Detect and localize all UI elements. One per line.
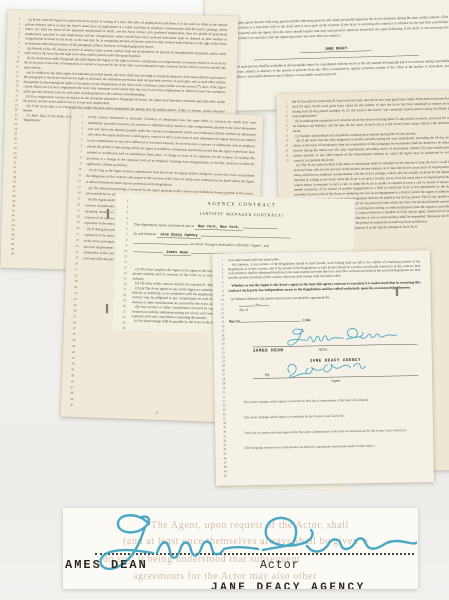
line-numbers: 1 2 3 4 5 6 7 8 9 10 11 12 13 14 15 16 1…	[6, 17, 21, 257]
actor-typed-name-closeup: AMES DEAN	[65, 558, 148, 572]
supervisor-name: JANE DEACY	[301, 46, 372, 53]
ghost-bleedthrough-text: (and at least once themselves always sha…	[123, 536, 369, 547]
paragraph-8: (8) The Agent agrees that the following …	[222, 15, 448, 42]
agent-clause: , an artists' manager, hereinafter calle…	[188, 242, 269, 248]
scanned-contract-photo: 1 2 3 4 5 6 7 8 9 10 11 12 13 (8) The Ag…	[0, 0, 449, 600]
year-prefix: , 19	[300, 319, 305, 323]
blank-rule	[133, 247, 163, 253]
month-typed-fill: March	[229, 320, 240, 324]
witness-text: In Witness Whereof, the parties hereto h…	[229, 296, 330, 301]
date-line: March, 19 54.	[229, 315, 421, 324]
agency-typed-name-clipped: JANE DEACY AGENCY	[211, 582, 366, 589]
line-numbers: 1 2 3 4 5 6 7 8 9 10 11 12 13 14 15 16 1…	[216, 259, 227, 479]
severability-text: wise shall remain valid and enforceable.…	[228, 255, 420, 280]
footnote-california: (The foregoing references to California …	[244, 443, 416, 450]
staple-icon	[107, 209, 109, 218]
blank-rule	[201, 231, 291, 239]
contract-title: AGENCY CONTRACT	[134, 200, 349, 210]
actor-typed-fill: James Dean	[163, 250, 191, 256]
actor-typed-name: JAMES DEAN	[253, 348, 284, 354]
signature-dotted-rule	[95, 553, 414, 555]
contract-subtitle: (ARTISTS' MANAGER CONTRACT)	[134, 210, 349, 220]
ghost-bleedthrough-text: The Agent, upon request of the Actor, sh…	[151, 520, 349, 531]
day-of-label: day of	[239, 308, 248, 312]
footnotes: This artists' manager and/or agency is l…	[243, 389, 416, 461]
blank-rule	[243, 223, 278, 229]
document-page-signatures: 1 2 3 4 5 6 7 8 9 10 11 12 13 14 15 16 1…	[212, 250, 434, 486]
blank-rule	[133, 238, 188, 245]
year-typed-fill: 54.	[306, 319, 312, 323]
supervisor-name-line: JANE DEACY	[223, 40, 449, 55]
signature-closeup-crop: The Agent, upon request of the Actor, sh…	[63, 508, 418, 589]
agent-signature-rule: By	[253, 362, 418, 378]
between-label: by and between	[134, 232, 157, 237]
in-witness-whereof-line: In Witness Whereof, the parties hereto h…	[229, 294, 421, 313]
intro-label: This Agreement, made and entered into at	[134, 223, 194, 228]
staple-icon	[396, 287, 398, 296]
actor-label-closeup: Actor	[260, 559, 300, 572]
footnote-approved: This form of contract has been approved …	[244, 428, 416, 435]
by-label: By	[265, 372, 270, 377]
blank-rule	[260, 301, 269, 306]
actor-label: Actor	[318, 347, 327, 352]
footnote-licensed: This artists' manager and/or agency is l…	[244, 398, 416, 405]
agency-typed-fill: Jane Deacy Agency	[157, 233, 201, 239]
paragraph-consultation: One (1) of such persons shall be availab…	[223, 59, 449, 81]
blank-rule	[240, 317, 300, 323]
ghost-bleedthrough-text: agreements for the Actor may also other	[133, 571, 317, 582]
footnote-franchised: This artists' manager and/or agency is f…	[244, 413, 416, 420]
actor-signature-block: JAMES DEAN Actor JANE DEACY AGENCY By	[253, 338, 419, 384]
blank-rule	[239, 302, 254, 307]
staple-icon	[106, 304, 108, 313]
whether-or-not-clause: Whether or not the Agent is the Actor's …	[229, 280, 421, 293]
